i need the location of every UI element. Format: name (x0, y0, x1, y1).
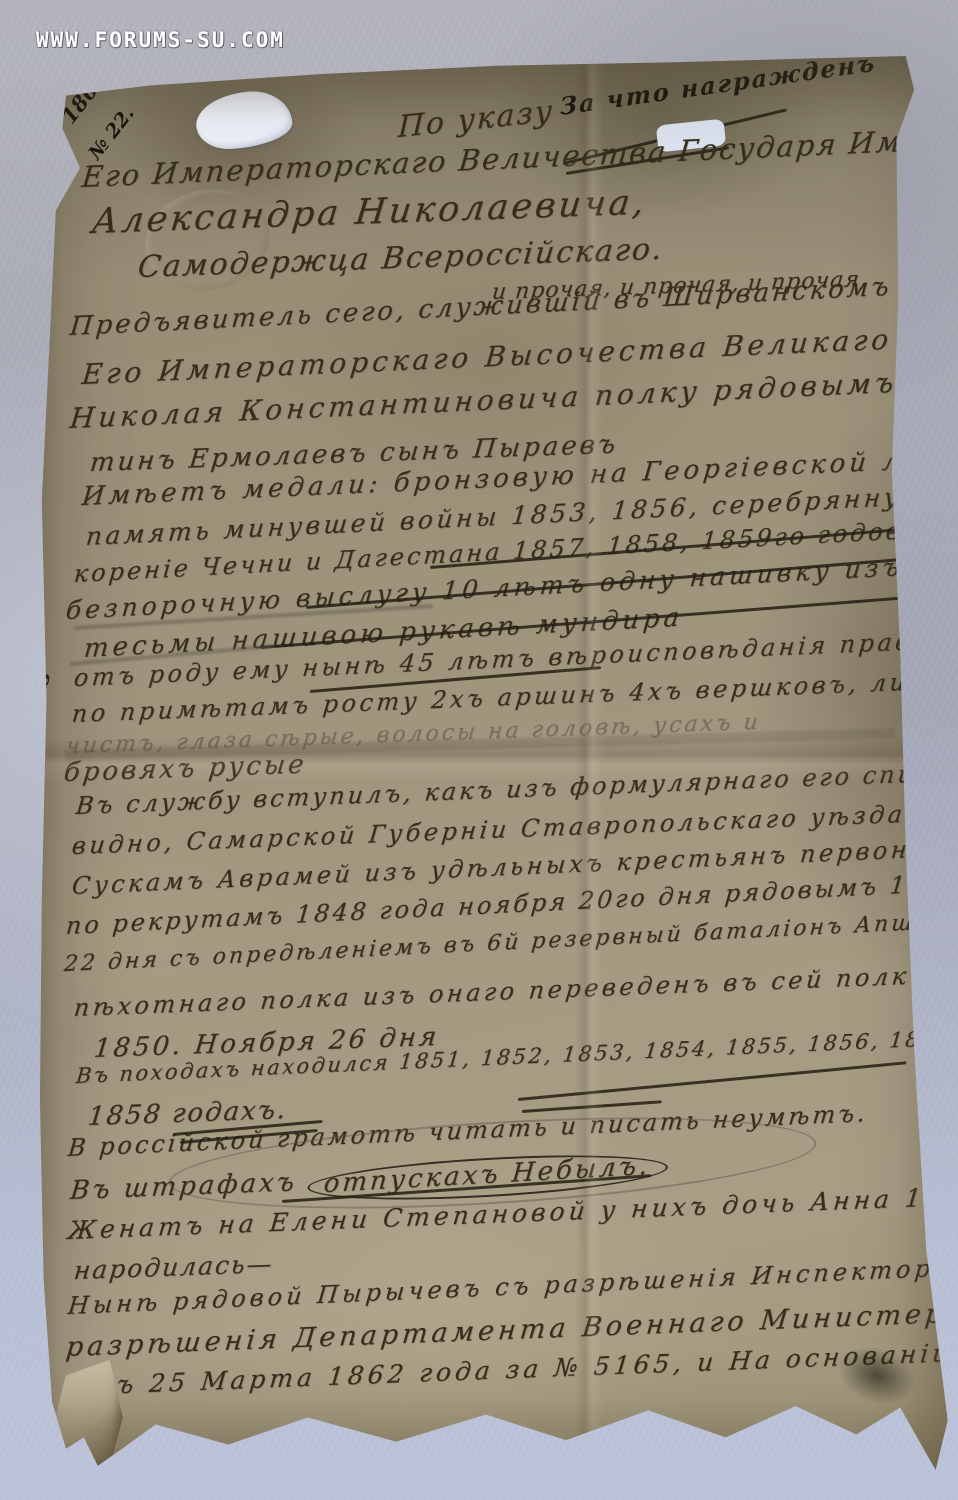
corner-year-note: 1863 (56, 67, 112, 128)
watermark: WWW.FORUMS-SU.COM (36, 28, 285, 52)
corner-number-note: № 22. (84, 103, 138, 164)
margin-number-note: № 2463 мв (0, 638, 66, 837)
document-paper: 1863 № 22. № 2463 мв За что награжденъ П… (25, 50, 958, 1470)
doc-title: По указу (397, 93, 554, 145)
ink-underline (518, 1061, 907, 1101)
text-line: Александра Николаевича, (90, 183, 649, 243)
award-question-note: За что награжденъ (559, 47, 876, 121)
text-line: народилась— (72, 1249, 275, 1285)
white-patch-top (194, 89, 294, 152)
